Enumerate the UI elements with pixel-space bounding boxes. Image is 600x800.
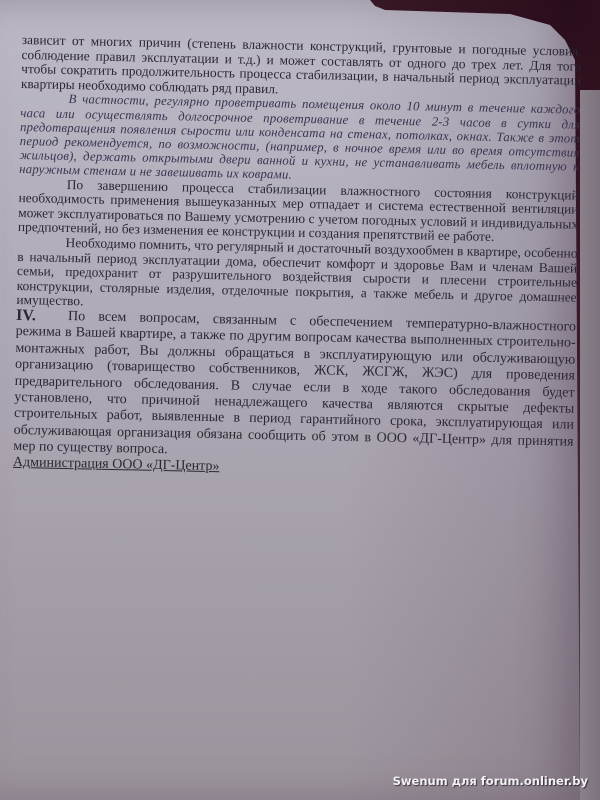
watermark: Swenum для forum.onliner.by — [393, 774, 588, 788]
paragraph-ventilation-rules: В частности, регулярно проветривать поме… — [19, 91, 581, 188]
section-iv: IV. По всем вопросам, связанным с обеспе… — [13, 308, 576, 467]
paper-edge — [580, 90, 600, 800]
section-body: режима в Вашей квартире, а также по друг… — [13, 324, 576, 467]
paragraph-air-exchange: Необходимо помнить, что регулярный и дос… — [16, 235, 577, 320]
section-number: IV. — [16, 308, 68, 325]
document-body: зависит от многих причин (степень влажно… — [13, 33, 582, 482]
